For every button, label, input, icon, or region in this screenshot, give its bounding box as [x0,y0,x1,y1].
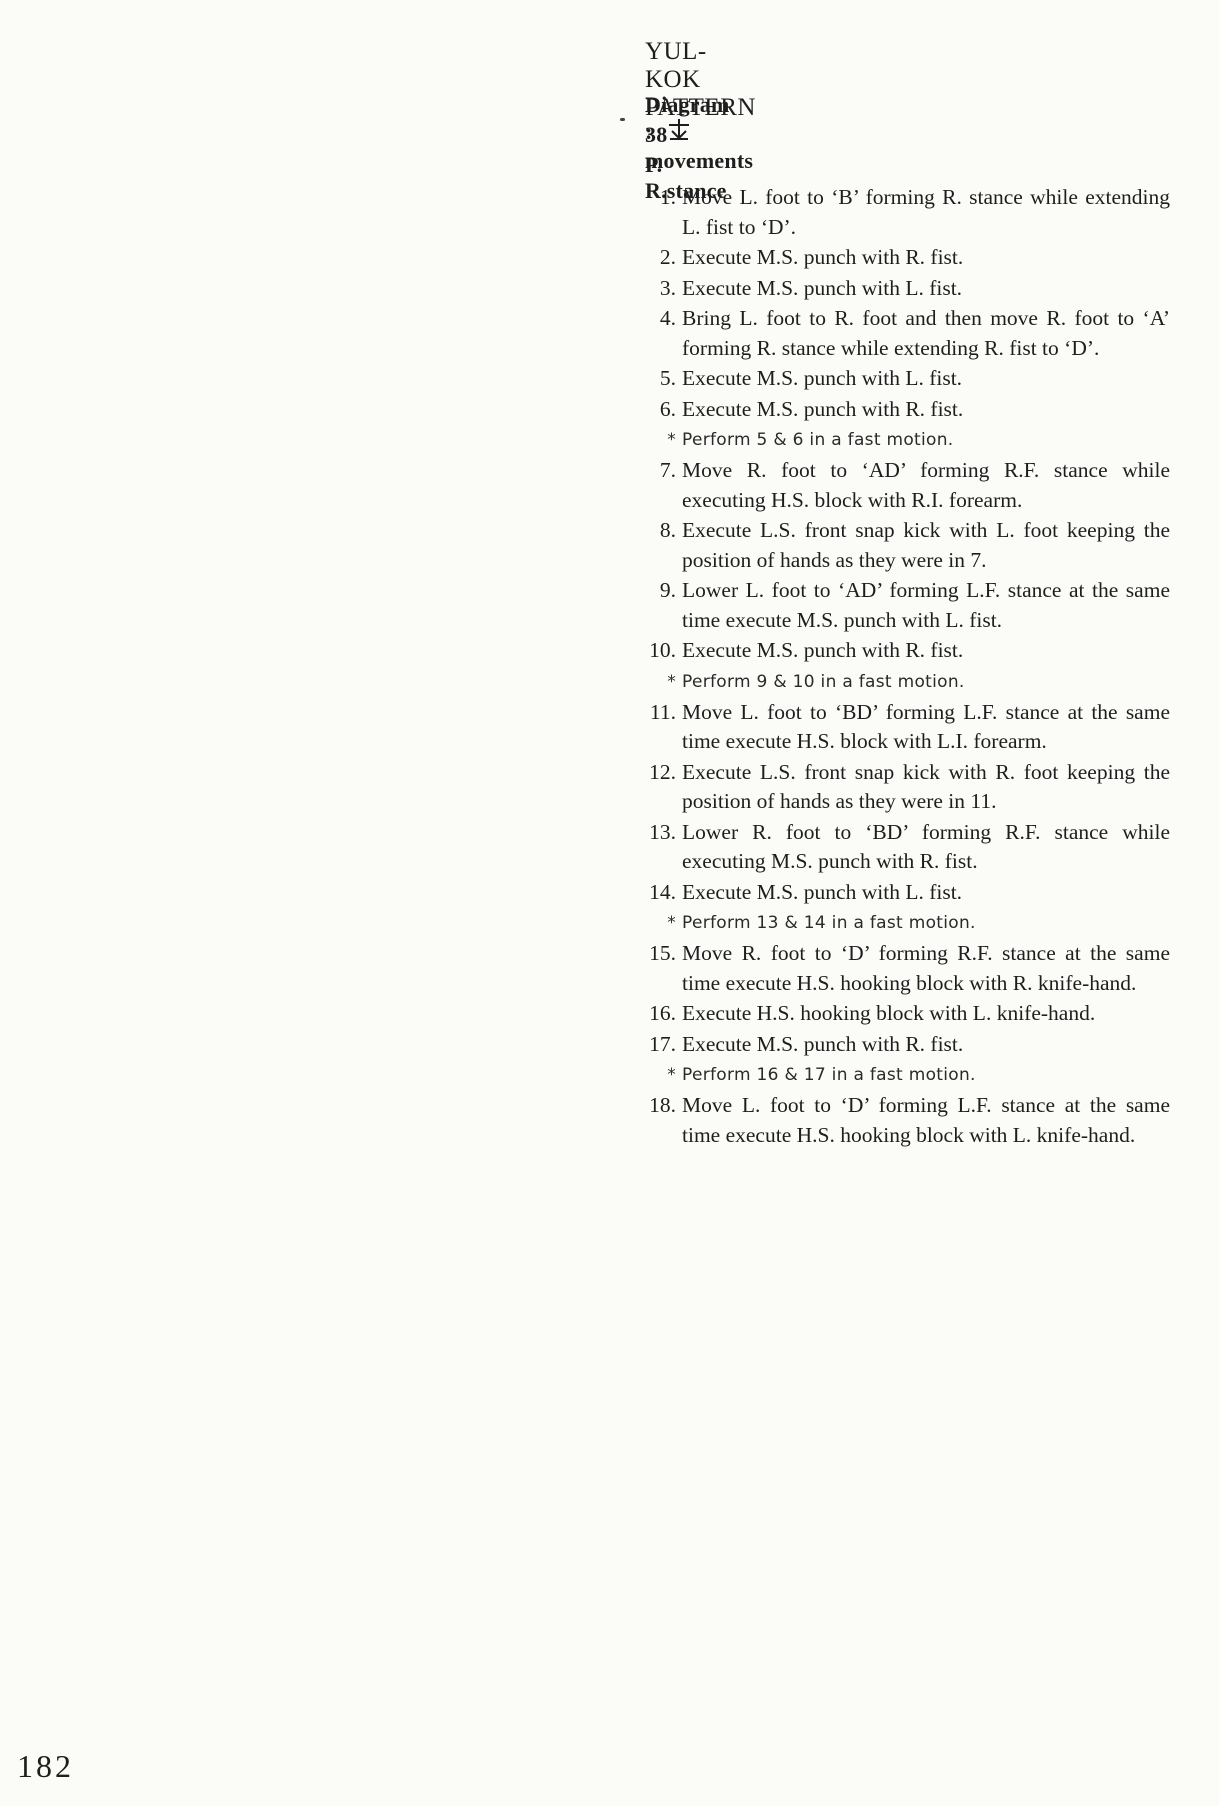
step-text: Move L. foot to ‘D’ forming L.F. stance … [682,1093,1170,1147]
step-text: Move L. foot to ‘B’ forming R. stance wh… [682,185,1170,239]
step-text: Execute M.S. punch with L. fist. [682,880,962,904]
step-number: 6. [620,395,676,425]
step-note: *Perform 9 & 10 in a fast motion. [620,667,1170,697]
step-number: 15. [620,939,676,969]
step-text: Execute M.S. punch with R. fist. [682,245,963,269]
movement-step: 11.Move L. foot to ‘BD’ forming L.F. sta… [620,698,1170,757]
movement-step: 8.Execute L.S. front snap kick with L. f… [620,516,1170,575]
step-text: Perform 5 & 6 in a fast motion. [682,430,954,450]
step-text: Perform 16 & 17 in a fast motion. [682,1065,976,1085]
movement-step: 18.Move L. foot to ‘D’ forming L.F. stan… [620,1091,1170,1150]
step-number: * [620,1060,676,1090]
step-number: 11. [620,698,676,728]
step-number: 13. [620,818,676,848]
step-number: 8. [620,516,676,546]
step-number: 16. [620,999,676,1029]
step-number: 1. [620,183,676,213]
movement-step: 5.Execute M.S. punch with L. fist. [620,364,1170,394]
movement-step: 3.Execute M.S. punch with L. fist. [620,274,1170,304]
step-number: * [620,908,676,938]
step-note: *Perform 13 & 14 in a fast motion. [620,908,1170,938]
step-text: Perform 13 & 14 in a fast motion. [682,913,976,933]
step-text: Execute H.S. hooking block with L. knife… [682,1001,1095,1025]
step-text: Lower R. foot to ‘BD’ forming R.F. stanc… [682,820,1170,874]
step-number: 3. [620,274,676,304]
movement-step: 7.Move R. foot to ‘AD’ forming R.F. stan… [620,456,1170,515]
step-text: Move L. foot to ‘BD’ forming L.F. stance… [682,700,1170,754]
step-number: * [620,425,676,455]
step-text: Execute L.S. front snap kick with L. foo… [682,518,1170,572]
margin-mark [620,118,625,121]
movement-step: 4.Bring L. foot to R. foot and then move… [620,304,1170,363]
step-number: 17. [620,1030,676,1060]
step-text: Move R. foot to ‘AD’ forming R.F. stance… [682,458,1170,512]
movement-step: 12.Execute L.S. front snap kick with R. … [620,758,1170,817]
movement-step: 1.Move L. foot to ‘B’ forming R. stance … [620,183,1170,242]
movement-step: 9.Lower L. foot to ‘AD’ forming L.F. sta… [620,576,1170,635]
movement-step: 14.Execute M.S. punch with L. fist. [620,878,1170,908]
step-text: Bring L. foot to R. foot and then move R… [682,306,1170,360]
step-text: Execute M.S. punch with R. fist. [682,638,963,662]
step-number: 5. [620,364,676,394]
movement-step: 16.Execute H.S. hooking block with L. kn… [620,999,1170,1029]
step-text: Move R. foot to ‘D’ forming R.F. stance … [682,941,1170,995]
step-number: 4. [620,304,676,334]
movement-step: 10.Execute M.S. punch with R. fist. [620,636,1170,666]
movement-list: 1.Move L. foot to ‘B’ forming R. stance … [620,183,1170,1151]
step-number: 2. [620,243,676,273]
step-number: * [620,667,676,697]
step-note: *Perform 16 & 17 in a fast motion. [620,1060,1170,1090]
movement-step: 6.Execute M.S. punch with R. fist. [620,395,1170,425]
step-text: Perform 9 & 10 in a fast motion. [682,672,965,692]
page-number: 182 [17,1748,74,1785]
step-number: 9. [620,576,676,606]
step-number: 14. [620,878,676,908]
step-text: Lower L. foot to ‘AD’ forming L.F. stanc… [682,578,1170,632]
step-text: Execute M.S. punch with R. fist. [682,1032,963,1056]
step-text: Execute L.S. front snap kick with R. foo… [682,760,1170,814]
movement-step: 13.Lower R. foot to ‘BD’ forming R.F. st… [620,818,1170,877]
step-number: 12. [620,758,676,788]
movement-step: 17.Execute M.S. punch with R. fist. [620,1030,1170,1060]
step-text: Execute M.S. punch with L. fist. [682,366,962,390]
step-number: 10. [620,636,676,666]
step-number: 7. [620,456,676,486]
step-text: Execute M.S. punch with R. fist. [682,397,963,421]
step-note: *Perform 5 & 6 in a fast motion. [620,425,1170,455]
movement-step: 2.Execute M.S. punch with R. fist. [620,243,1170,273]
step-text: Execute M.S. punch with L. fist. [682,276,962,300]
step-number: 18. [620,1091,676,1121]
movement-step: 15.Move R. foot to ‘D’ forming R.F. stan… [620,939,1170,998]
